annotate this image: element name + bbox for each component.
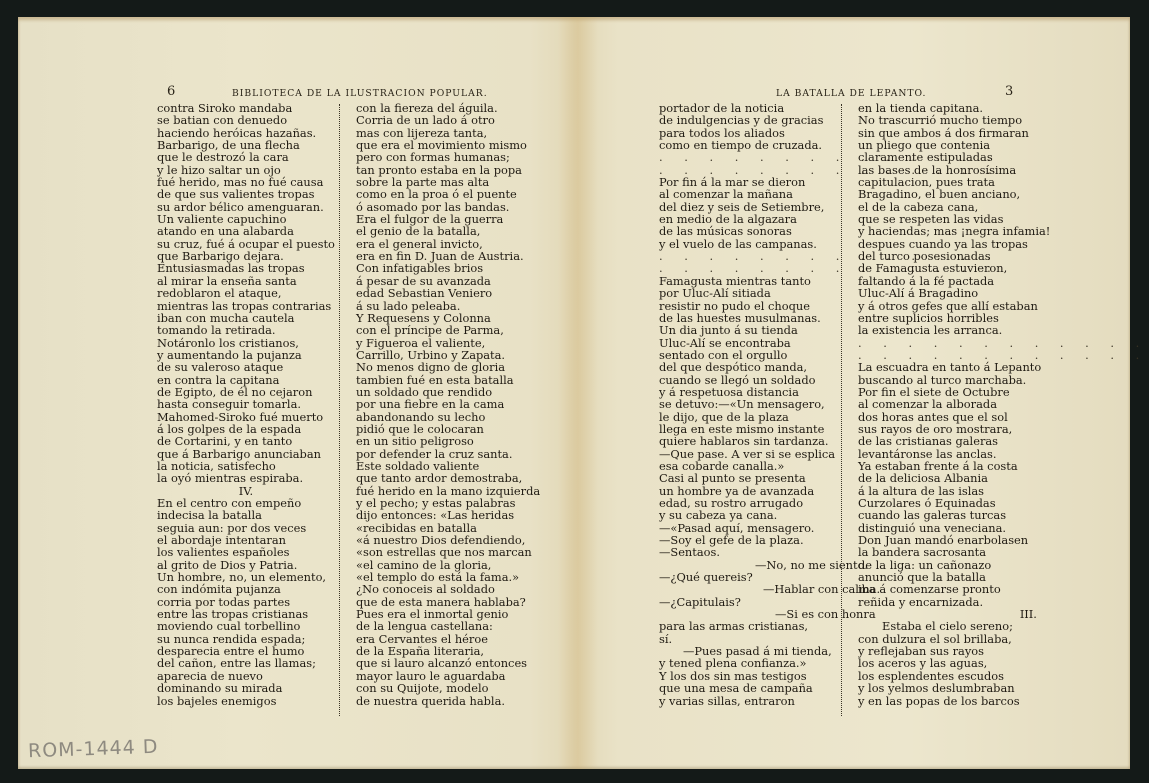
verse-line: de la lengua castellana: (356, 620, 540, 632)
verse-line: de las cristianas galeras (858, 435, 1149, 447)
verse-line: y haciendas; mas ¡negra infamia! (858, 225, 1149, 237)
verse-line: No menos digno de gloria (356, 361, 540, 373)
verse-line: por una fiebre en la cama (356, 398, 540, 410)
verse-line: que tanto ardor demostraba, (356, 472, 540, 484)
right-page-number: 3 (1005, 84, 1013, 99)
verse-line: que le destrozó la cara (157, 151, 335, 163)
right-page-header: LA BATALLA DE LEPANTO. (776, 88, 926, 99)
verse-line: cuando las galeras turcas (858, 509, 1149, 521)
verse-line: del cañon, entre las llamas; (157, 657, 335, 669)
verse-line: y los yelmos deslumbraban (858, 682, 1149, 694)
verse-line: de Cortarini, y en tanto (157, 435, 335, 447)
verse-line: Entusiasmadas las tropas (157, 262, 335, 274)
verse-line: No trascurrió mucho tiempo (858, 114, 1149, 126)
verse-line: pero con formas humanas; (356, 151, 540, 163)
verse-line: claramente estipuladas (858, 151, 1149, 163)
verse-line: la oyó mientras espiraba. (157, 472, 335, 484)
verse-line: la bandera sacrosanta (858, 546, 1149, 558)
verse-line: el genio de la batalla, (356, 225, 540, 237)
verse-line: mientras las tropas contrarias (157, 300, 335, 312)
verse-line: al comenzar la alborada (858, 398, 1149, 410)
verse-line: Con infatigables brios (356, 262, 540, 274)
verse-line: Corria de un lado á otro (356, 114, 540, 126)
verse-line: como en la proa ó el puente (356, 188, 540, 200)
verse-line: de nuestra querida habla. (356, 695, 540, 707)
left-page-number: 6 (167, 84, 175, 99)
verse-line: de que sus valientes tropas (157, 188, 335, 200)
center-fold (558, 17, 598, 769)
verse-line: La escuadra en tanto á Lepanto (858, 361, 1149, 373)
left-page-header: BIBLIOTECA DE LA ILUSTRACION POPULAR. (232, 88, 488, 99)
verse-line: los bajeles enemigos (157, 695, 335, 707)
verse-line: indecisa la batalla (157, 509, 335, 521)
verse-line: dominando su mirada (157, 682, 335, 694)
verse-line: á su lado peleaba. (356, 300, 540, 312)
verse-line: Bragadino, el buen anciano, (858, 188, 1149, 200)
verse-line: con indómita pujanza (157, 583, 335, 595)
verse-line: y á otros gefes que allí estaban (858, 300, 1149, 312)
verse-line: de la deliciosa Albania (858, 472, 1149, 484)
verse-line: la existencia les arranca. (858, 324, 1149, 336)
verse-line: que si lauro alcanzó entonces (356, 657, 540, 669)
verse-line: moviendo cual torbellino (157, 620, 335, 632)
archive-pencil-note: ROM-1444 D (28, 736, 159, 763)
verse-line: iba á comenzarse pronto (858, 583, 1149, 595)
verse-line: con su Quijote, modelo (356, 682, 540, 694)
left-page-column-1: contra Siroko mandabase batian con denue… (157, 102, 335, 707)
verse-line: atando en una alabarda (157, 225, 335, 237)
right-column-separator (841, 104, 842, 716)
verse-line: tomando la retirada. (157, 324, 335, 336)
verse-line: hasta conseguir tomarla. (157, 398, 335, 410)
verse-line: en un sitio peligroso (356, 435, 540, 447)
verse-line: de Famagusta estuvieron, (858, 262, 1149, 274)
verse-line: reñida y encarnizada. (858, 596, 1149, 608)
verse-line: Uluc-Alí á Bragadino (858, 287, 1149, 299)
left-column-separator (339, 104, 340, 716)
verse-line: y en las popas de los barcos (858, 695, 1149, 707)
verse-line: edad Sebastian Veniero (356, 287, 540, 299)
right-page-column-2: en la tienda capitana.No trascurrió much… (858, 102, 1149, 707)
left-page-column-2: con la fiereza del águila.Corria de un l… (356, 102, 540, 707)
verse-line: Estaba el cielo sereno; (858, 620, 1149, 632)
verse-line: redoblaron el ataque, (157, 287, 335, 299)
verse-line: con el príncipe de Parma, (356, 324, 540, 336)
verse-line: se batian con denuedo (157, 114, 335, 126)
verse-line: los aceros y las aguas, (858, 657, 1149, 669)
verse-line: dijo entonces: «Las heridas (356, 509, 540, 521)
verse-line: de su valeroso ataque (157, 361, 335, 373)
verse-line: ¿No conoceis al soldado (356, 583, 540, 595)
verse-line: los valientes españoles (157, 546, 335, 558)
verse-line: «son estrellas que nos marcan (356, 546, 540, 558)
